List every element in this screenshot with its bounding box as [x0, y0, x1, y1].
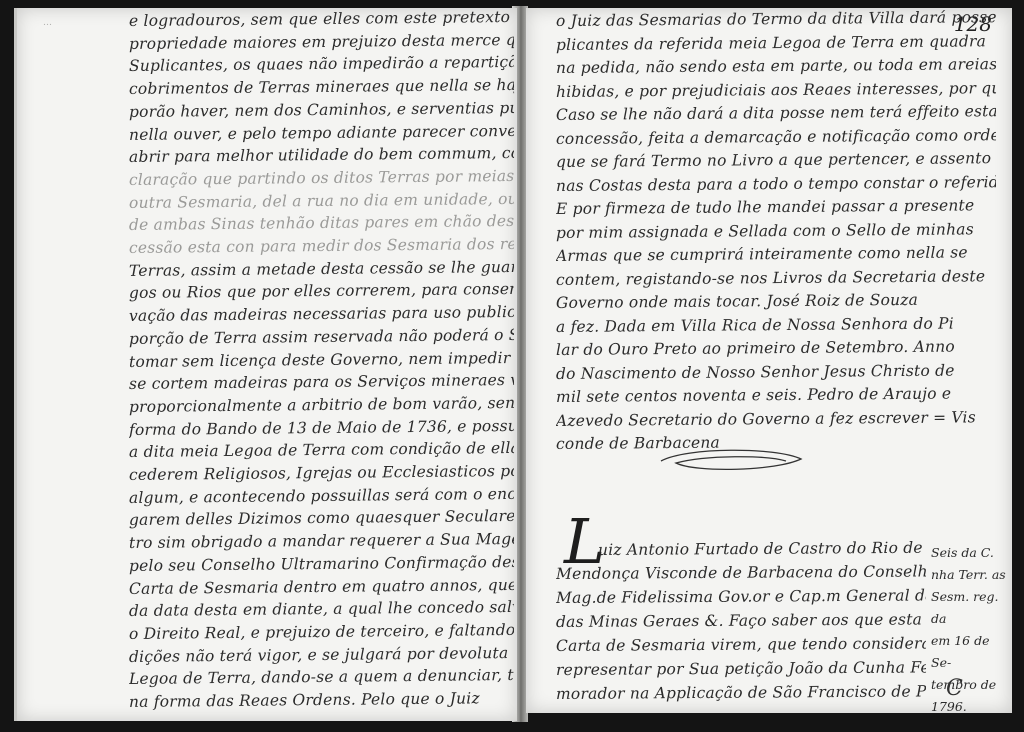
manuscript-line: que se fará Termo no Livro a que pertenc… [556, 149, 996, 171]
manuscript-line: pelo seu Conselho Ultramarino Confirmaçã… [129, 553, 514, 575]
manuscript-line: a fez. Dada em Villa Rica de Nossa Senho… [556, 314, 996, 336]
manuscript-line: de ambas Sinas tenhão ditas pares em chã… [129, 212, 514, 234]
manuscript-line: na forma das Reaes Ordens. Pelo que o Ju… [129, 689, 514, 711]
manuscript-line: Carta de Sesmaria virem, que tendo consi… [556, 634, 926, 655]
manuscript-line: gos ou Rios que por elles correrem, para… [129, 280, 514, 302]
manuscript-line: concessão, feita a demarcação e notifica… [556, 126, 996, 148]
manuscript-line: do Nascimento de Nosso Senhor Jesus Chri… [556, 361, 996, 383]
manuscript-line: plicantes da referida meia Legoa de Terr… [556, 32, 996, 54]
manuscript-line: abrir para melhor utilidade do bem commu… [129, 144, 514, 166]
manuscript-line: Armas que se cumprirá inteiramente como … [556, 243, 996, 265]
manuscript-line: cessão esta con para medir dos Sesmaria … [129, 235, 514, 257]
margin-note-line: Sesm. reg. da [931, 586, 1011, 630]
manuscript-line: representar por Sua petição João da Cunh… [556, 658, 926, 679]
manuscript-line: E por firmeza de tudo lhe mandei passar … [556, 196, 996, 218]
margin-note-line: tembro de [931, 674, 1011, 696]
signature-flourish-icon [656, 445, 806, 475]
margin-note-line: 1796. [931, 696, 1011, 718]
manuscript-line: tomar sem licença deste Governo, nem imp… [129, 349, 514, 371]
manuscript-line: o Juiz das Sesmarias do Termo da dita Vi… [556, 8, 996, 30]
manuscript-line: propriedade maiores em prejuizo desta me… [129, 31, 514, 53]
manuscript-line: por mim assignada e Sellada com o Sello … [556, 220, 996, 242]
manuscript-line: Legoa de Terra, dando-se a quem a denunc… [129, 666, 514, 688]
manuscript-line: outra Sesmaria, del a rua no dia em unid… [129, 190, 514, 212]
manuscript-line: a dita meia Legoa de Terra com condição … [129, 439, 514, 461]
manuscript-line: vação das madeiras necessarias para uso … [129, 303, 514, 325]
manuscript-line: das Minas Geraes &. Faço saber aos que e… [556, 610, 926, 631]
manuscript-line: Azevedo Secretario do Governo a fez escr… [556, 408, 996, 430]
manuscript-line: Mendonça Visconde de Barbacena do Consel… [556, 562, 926, 583]
manuscript-line: dições não terá vigor, e se julgará por … [129, 644, 514, 666]
manuscript-line: Suplicantes, os quaes não impedirão a re… [129, 53, 514, 75]
manuscript-line: Governo onde mais tocar. José Roiz de So… [556, 290, 996, 312]
margin-note-line: nha Terr. as [931, 564, 1011, 586]
manuscript-line: na pedida, não sendo esta em parte, ou t… [556, 55, 996, 77]
corner-mark: … [43, 18, 52, 28]
manuscript-line: tro sim obrigado a mandar requerer a Sua… [129, 530, 514, 552]
manuscript-line: cobrimentos de Terras mineraes que nella… [129, 76, 514, 98]
manuscript-line: mil sete centos noventa e seis. Pedro de… [556, 384, 996, 406]
manuscript-line: da data desta em diante, a qual lhe conc… [129, 598, 514, 620]
manuscript-line: porção de Terra assim reservada não pode… [129, 326, 514, 348]
manuscript-line: se cortem madeiras para os Serviços mine… [129, 371, 514, 393]
manuscript-line: forma do Bando de 13 de Maio de 1736, e … [129, 417, 514, 439]
margin-note-line: Seis da C. [931, 542, 1011, 564]
manuscript-line: o Direito Real, e prejuizo de terceiro, … [129, 621, 514, 643]
manuscript-line: Caso se lhe não dará a dita posse nem te… [556, 102, 996, 124]
margin-note: Seis da C.nha Terr. asSesm. reg. daem 16… [931, 542, 1011, 718]
manuscript-line: Mag.de Fidelissima Gov.or e Cap.m Genera… [556, 586, 926, 607]
manuscript-line: morador na Applicação de São Francisco d… [556, 682, 926, 703]
manuscript-line: contem, registando-se nos Livros da Secr… [556, 267, 996, 289]
manuscript-line: e logradouros, sem que elles com este pr… [129, 8, 514, 30]
manuscript-line: algum, e acontecendo possuillas será com… [129, 485, 514, 507]
manuscript-line: lar do Ouro Preto ao primeiro de Setembr… [556, 337, 996, 359]
manuscript-line: uiz Antonio Furtado de Castro do Rio de [598, 539, 928, 559]
right-page: 128 o Juiz das Sesmarias do Termo da dit… [526, 8, 1012, 713]
manuscript-line: porão haver, nem dos Caminhos, e servent… [129, 99, 514, 121]
manuscript-line: claração que partindo os ditos Terras po… [129, 167, 514, 189]
left-page: … e logradouros, sem que elles com este … [14, 8, 517, 721]
manuscript-line: nella ouver, e pelo tempo adiante parece… [129, 122, 514, 144]
manuscript-line: Terras, assim a metade desta cessão se l… [129, 258, 514, 280]
manuscript-line: cederem Religiosos, Igrejas ou Ecclesias… [129, 462, 514, 484]
margin-note-line: em 16 de Se- [931, 630, 1011, 674]
manuscript-line: garem delles Dizimos como quaesquer Secu… [129, 507, 514, 529]
manuscript-line: Carta de Sesmaria dentro em quatro annos… [129, 576, 514, 598]
manuscript-line: nas Costas desta para a todo o tempo con… [556, 173, 996, 195]
margin-mark: C [946, 676, 963, 701]
manuscript-line: hibidas, e por prejudiciais aos Reaes in… [556, 79, 996, 101]
manuscript-line: proporcionalmente a arbitrio de bom varã… [129, 394, 514, 416]
